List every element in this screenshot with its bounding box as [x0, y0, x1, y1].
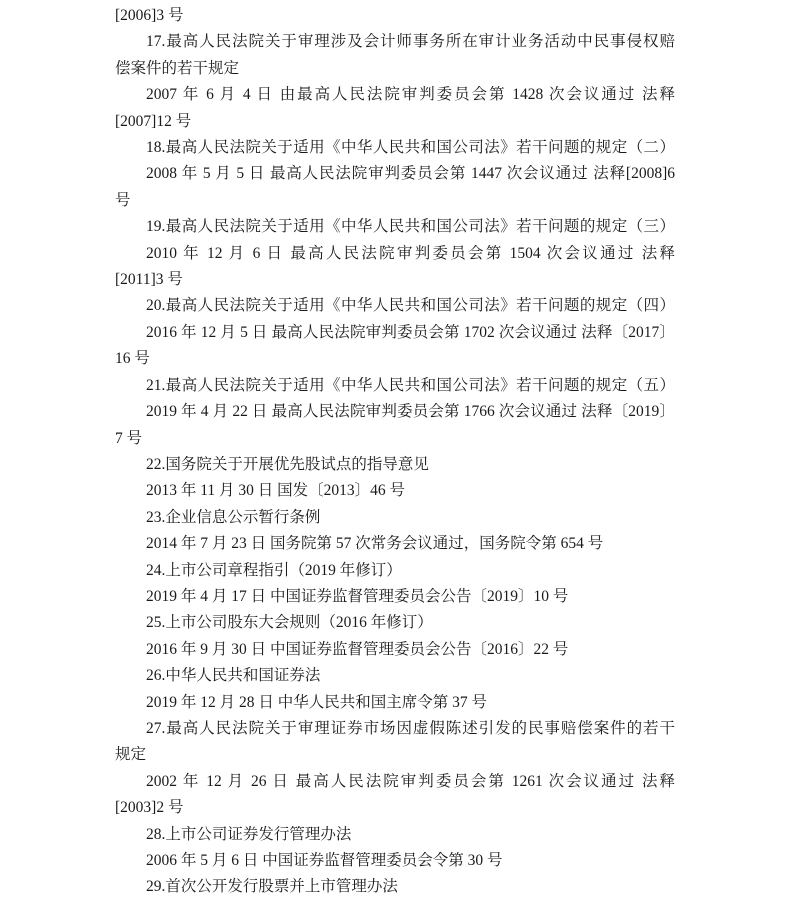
document-line: 24.上市公司章程指引（2019 年修订） — [115, 558, 675, 584]
document-line: 23.企业信息公示暂行条例 — [115, 505, 675, 531]
document-line: 2016 年 9 月 30 日 中国证券监督管理委员会公告〔2016〕22 号 — [115, 637, 675, 663]
document-line: [2006]3 号 — [115, 3, 675, 29]
document-line: 29.首次公开发行股票并上市管理办法 — [115, 874, 675, 900]
document-line: 2019 年 4 月 22 日 最高人民法院审判委员会第 1766 次会议通过 … — [115, 399, 675, 425]
document-line: [2003]2 号 — [115, 795, 675, 821]
document-line: 20.最高人民法院关于适用《中华人民共和国公司法》若干问题的规定（四） — [115, 293, 675, 319]
document-line: 2008 年 5 月 5 日 最高人民法院审判委员会第 1447 次会议通过 法… — [115, 161, 675, 187]
document-line: 2002 年 12 月 26 日 最高人民法院审判委员会第 1261 次会议通过… — [115, 769, 675, 795]
document-line: 2010 年 12 月 6 日 最高人民法院审判委员会第 1504 次会议通过 … — [115, 241, 675, 267]
document-page: [2006]3 号17.最高人民法院关于审理涉及会计师事务所在审计业务活动中民事… — [0, 0, 788, 902]
document-line: 18.最高人民法院关于适用《中华人民共和国公司法》若干问题的规定（二） — [115, 135, 675, 161]
document-line: 26.中华人民共和国证券法 — [115, 663, 675, 689]
document-line: 19.最高人民法院关于适用《中华人民共和国公司法》若干问题的规定（三） — [115, 214, 675, 240]
document-line: 22.国务院关于开展优先股试点的指导意见 — [115, 452, 675, 478]
document-line: 规定 — [115, 742, 675, 768]
document-line: 2006 年 5 月 6 日 中国证券监督管理委员会令第 30 号 — [115, 848, 675, 874]
document-line: 17.最高人民法院关于审理涉及会计师事务所在审计业务活动中民事侵权赔 — [115, 29, 675, 55]
document-line: [2007]12 号 — [115, 109, 675, 135]
document-line: 2019 年 12 月 28 日 中华人民共和国主席令第 37 号 — [115, 690, 675, 716]
document-line: 21.最高人民法院关于适用《中华人民共和国公司法》若干问题的规定（五） — [115, 373, 675, 399]
document-line: 28.上市公司证券发行管理办法 — [115, 822, 675, 848]
document-line: [2011]3 号 — [115, 267, 675, 293]
document-line: 2014 年 7 月 23 日 国务院第 57 次常务会议通过，国务院令第 65… — [115, 531, 675, 557]
document-line: 2016 年 12 月 5 日 最高人民法院审判委员会第 1702 次会议通过 … — [115, 320, 675, 346]
document-line: 2007 年 6 月 4 日 由最高人民法院审判委员会第 1428 次会议通过 … — [115, 82, 675, 108]
document-line: 2013 年 11 月 30 日 国发〔2013〕46 号 — [115, 478, 675, 504]
document-line: 2019 年 4 月 17 日 中国证券监督管理委员会公告〔2019〕10 号 — [115, 584, 675, 610]
document-body: [2006]3 号17.最高人民法院关于审理涉及会计师事务所在审计业务活动中民事… — [115, 3, 675, 901]
document-line: 27.最高人民法院关于审理证券市场因虚假陈述引发的民事赔偿案件的若干 — [115, 716, 675, 742]
document-line: 偿案件的若干规定 — [115, 56, 675, 82]
document-line: 7 号 — [115, 426, 675, 452]
document-line: 16 号 — [115, 346, 675, 372]
document-line: 25.上市公司股东大会规则（2016 年修订） — [115, 610, 675, 636]
document-line: 号 — [115, 188, 675, 214]
